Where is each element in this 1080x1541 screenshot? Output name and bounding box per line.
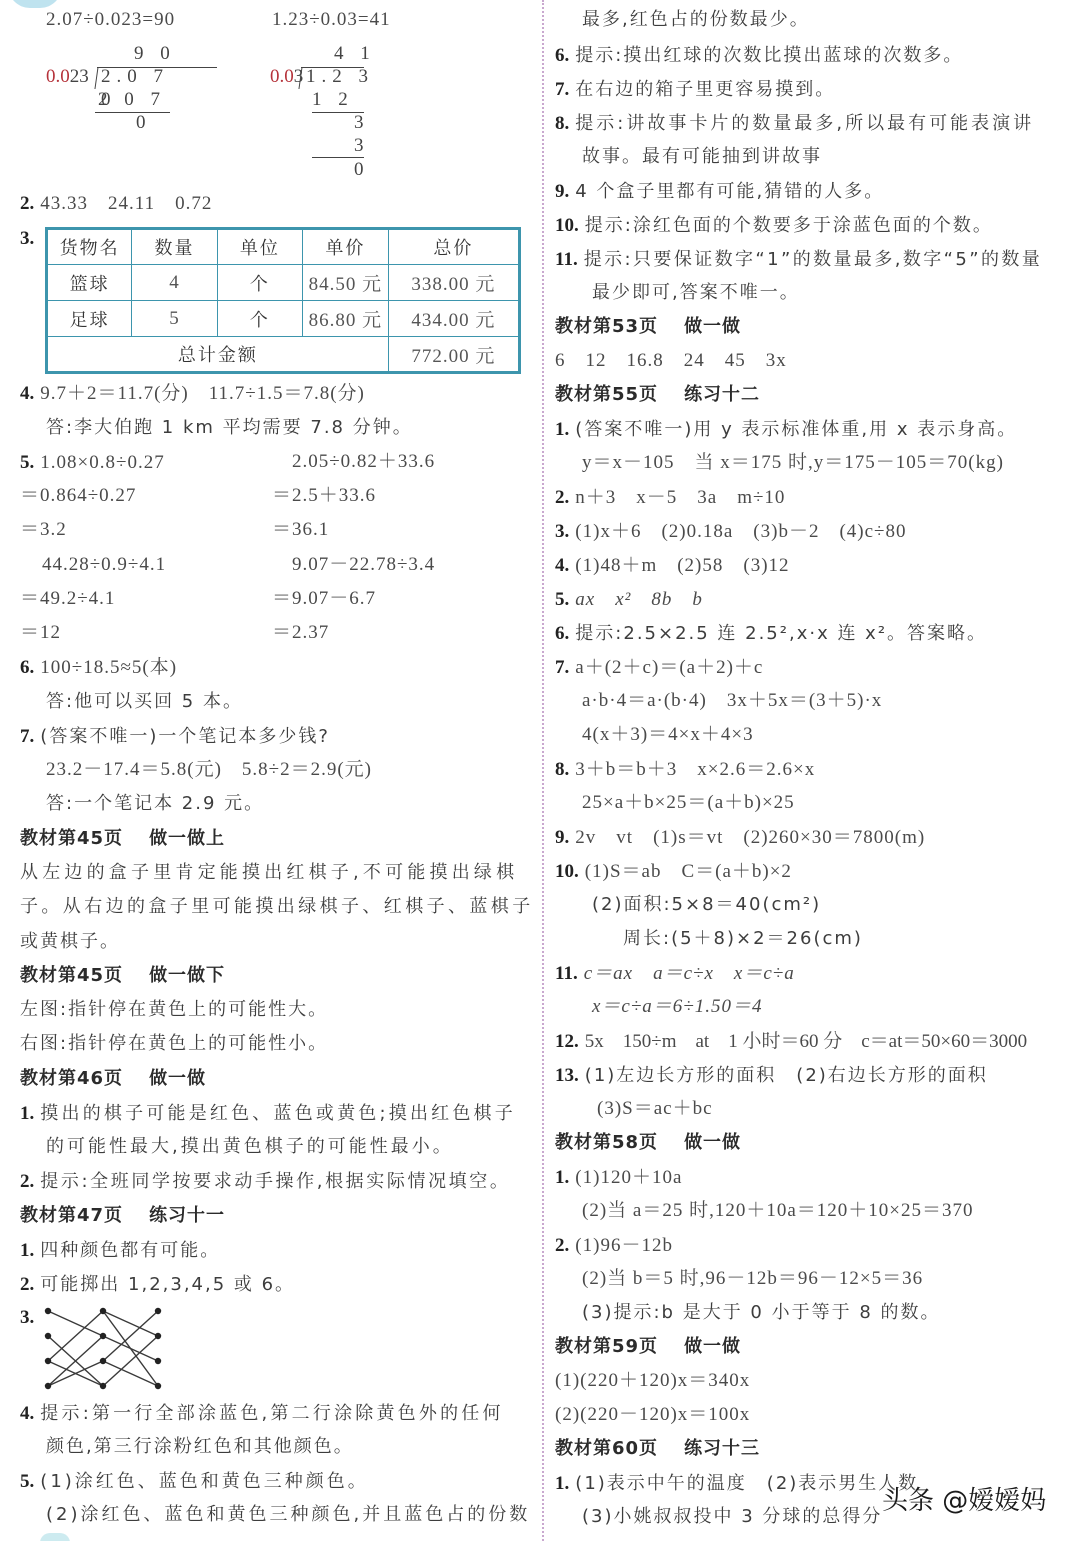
- quotient: 9 0: [134, 42, 176, 65]
- answer-line: (3)小姚叔叔投中 3 分球的总得分: [582, 1505, 882, 1529]
- list-item: 3. (1)x＋6 (2)0.18a (3)b－2 (4)c÷80: [555, 519, 906, 543]
- dividend: 1.2 3: [306, 65, 374, 88]
- list-item: 8. 提示:讲故事卡片的数量最多,所以最有可能表演讲: [555, 111, 1034, 135]
- calc-step: ＝2.5＋33.6: [272, 484, 376, 508]
- table-header: 数量: [132, 229, 217, 265]
- table-header: 单价: [303, 229, 389, 265]
- question-2: 2. 43.33 24.11 0.72: [20, 191, 212, 215]
- list-item: 1. (1)120＋10a: [555, 1165, 682, 1189]
- divisor: 0.023: [46, 65, 89, 88]
- watermark: 头条 @嫒嫒妈: [882, 1480, 1046, 1517]
- list-item: 7. a＋(2＋c)＝(a＋2)＋c: [555, 655, 763, 679]
- list-item: 11. 提示:只要保证数字“1”的数量最多,数字“5”的数量: [555, 247, 1042, 271]
- remainder: 0: [354, 158, 370, 181]
- paragraph-line: 的可能性最大,摸出黄色棋子的可能性最小。: [46, 1135, 454, 1159]
- division-equation-1: 2.07÷0.023=90: [46, 8, 175, 32]
- question-7-answer: 答:一个笔记本 2.9 元。: [46, 792, 264, 816]
- list-item: 5. (1)涂红色、蓝色和黄色三种颜色。: [20, 1469, 369, 1493]
- calc-step: ＝0.864÷0.27: [20, 484, 136, 508]
- answer-line: 25×a＋b×25＝(a＋b)×25: [582, 791, 795, 815]
- list-item: 4. (1)48＋m (2)58 (3)12: [555, 553, 790, 577]
- list-item: 1. (1)表示中午的温度 (2)表示男生人数: [555, 1471, 918, 1495]
- subtraction-bar: [95, 112, 170, 113]
- list-item: 2. n＋3 x－5 3a m÷10: [555, 485, 785, 509]
- section-heading-p59: 教材第59页做一做: [555, 1335, 741, 1359]
- table-header: 总价: [388, 229, 519, 265]
- section-heading-p60: 教材第60页练习十三: [555, 1437, 760, 1461]
- paragraph-line: 子。从右边的盒子里可能摸出绿棋子、红棋子、蓝棋子: [20, 895, 534, 919]
- calc-step: ＝9.07－6.7: [272, 587, 376, 611]
- list-item: 5. ax x² 8b b: [555, 587, 703, 611]
- list-item: 9. 4 个盒子里都有可能,猜错的人多。: [555, 179, 884, 203]
- answer-line: (2)(220－120)x＝100x: [555, 1403, 750, 1427]
- answer-line: (2)当 a＝25 时,120＋10a＝120＋10×25＝370: [582, 1199, 974, 1223]
- table-cell: 84.50 元: [303, 265, 389, 301]
- list-item: 1. (答案不唯一)用 y 表示标准体重,用 x 表示身高。: [555, 417, 1017, 441]
- table-cell: 434.00 元: [388, 301, 519, 337]
- matching-lines-diagram: [40, 1304, 170, 1396]
- question-6: 6. 100÷18.5≈5(本): [20, 655, 177, 679]
- list-item: 7. 在右边的箱子里更容易摸到。: [555, 77, 835, 101]
- quotient: 4 1: [334, 42, 376, 65]
- list-item: 10. 提示:涂红色面的个数要多于涂蓝色面的个数。: [555, 213, 993, 237]
- calc-step: ＝36.1: [272, 518, 329, 542]
- answer-line: (3)提示:b 是大于 0 小于等于 8 的数。: [582, 1301, 941, 1325]
- answer-line: (1)(220＋120)x＝340x: [555, 1369, 750, 1393]
- long-division-2: 4 1 0.03 1.2 3 1 2 3 3 0: [270, 42, 380, 182]
- list-item: 4. 提示:第一行全部涂蓝色,第二行涂除黄色外的任何: [20, 1401, 504, 1425]
- section-heading-p53: 教材第53页做一做: [555, 315, 741, 339]
- partial-product: 3: [354, 134, 370, 157]
- section-heading-p45-upper: 教材第45页做一做上: [20, 827, 225, 851]
- table-row: 足球 5 个 86.80 元 434.00 元: [47, 301, 520, 337]
- paragraph-line: 右图:指针停在黄色上的可能性小。: [20, 1032, 328, 1056]
- list-item: 6. 提示:2.5×2.5 连 2.5²,x·x 连 x²。答案略。: [555, 621, 987, 645]
- question-7: 7. (答案不唯一)一个笔记本多少钱?: [20, 724, 330, 748]
- paragraph-line: 颜色,第三行涂粉红色和其他颜色。: [46, 1435, 354, 1459]
- paragraph-line: (2)涂红色、蓝色和黄色三种颜色,并且蓝色占的份数: [46, 1503, 530, 1527]
- list-item: 6. 提示:摸出红球的次数比摸出蓝球的次数多。: [555, 43, 963, 67]
- table-cell: 338.00 元: [388, 265, 519, 301]
- partial-product: 2 0 7: [98, 88, 166, 111]
- table-header: 货物名: [47, 229, 132, 265]
- long-division-1: 9 0 0.023 2.0 7 0 2 0 7 0: [46, 42, 186, 142]
- answer-line: 6 12 16.8 24 45 3x: [555, 349, 787, 373]
- table-cell: 足球: [47, 301, 132, 337]
- paragraph-line: 最少即可,答案不唯一。: [592, 281, 800, 305]
- table-total-row: 总计金额 772.00 元: [47, 337, 520, 373]
- table-cell: 4: [132, 265, 217, 301]
- divisor: 0.03: [270, 65, 303, 88]
- list-item: 13. (1)左边长方形的面积 (2)右边长方形的面积: [555, 1063, 988, 1087]
- table-cell: 个: [217, 265, 302, 301]
- answer-line: (3)S＝ac＋bc: [597, 1097, 713, 1121]
- total-label: 总计金额: [47, 337, 389, 373]
- answer-line: (2)面积:5×8＝40(cm²): [592, 893, 821, 917]
- paragraph-line: 故事。最有可能抽到讲故事: [582, 145, 822, 169]
- answer-line: (2)当 b＝5 时,96－12b＝96－12×5＝36: [582, 1267, 923, 1291]
- table-header-row: 货物名 数量 单位 单价 总价: [47, 229, 520, 265]
- calc-step: ＝2.37: [272, 621, 329, 645]
- page-corner-decoration-bottom: [40, 1533, 70, 1541]
- division-bracket: [94, 67, 98, 89]
- table-row: 篮球 4 个 84.50 元 338.00 元: [47, 265, 520, 301]
- section-heading-p55: 教材第55页练习十二: [555, 383, 760, 407]
- section-heading-p46: 教材第46页做一做: [20, 1067, 206, 1091]
- page-corner-decoration: [8, 0, 62, 8]
- paragraph-line: 最多,红色占的份数最少。: [582, 8, 810, 32]
- table-cell: 86.80 元: [303, 301, 389, 337]
- table-header: 单位: [217, 229, 302, 265]
- calc-step: ＝3.2: [20, 518, 67, 542]
- calc-step: 44.28÷0.9÷4.1: [42, 553, 166, 577]
- list-item: 11. c＝ax a＝c÷x x＝c÷a: [555, 961, 795, 985]
- partial-remainder: 3: [354, 111, 370, 134]
- calc-step: 9.07－22.78÷3.4: [292, 553, 435, 577]
- section-heading-p58: 教材第58页做一做: [555, 1131, 741, 1155]
- calc-step: ＝49.2÷4.1: [20, 587, 115, 611]
- column-divider: [542, 0, 544, 1541]
- answer-line: 4(x＋3)＝4×x＋4×3: [582, 723, 754, 747]
- list-item: 9. 2v vt (1)s＝vt (2)260×30＝7800(m): [555, 825, 925, 849]
- paragraph-line: 从左边的盒子里肯定能摸出红棋子,不可能摸出绿棋: [20, 861, 518, 885]
- calc-step: 2.05÷0.82＋33.6: [292, 450, 435, 474]
- answer-line: 周长:(5＋8)×2＝26(cm): [623, 927, 863, 951]
- table-cell: 5: [132, 301, 217, 337]
- division-equation-2: 1.23÷0.03=41: [272, 8, 391, 32]
- answer-line: x＝c÷a＝6÷1.50＝4: [592, 995, 762, 1019]
- paragraph-line: 或黄棋子。: [20, 930, 120, 954]
- calc-step: ＝12: [20, 621, 61, 645]
- question-6-answer: 答:他可以买回 5 本。: [46, 690, 243, 714]
- list-item: 10. (1)S＝ab C＝(a＋b)×2: [555, 859, 792, 883]
- section-heading-p47: 教材第47页练习十一: [20, 1204, 225, 1228]
- question-4: 4. 9.7＋2＝11.7(分) 11.7÷1.5＝7.8(分): [20, 381, 365, 405]
- question-4-answer: 答:李大伯跑 1 km 平均需要 7.8 分钟。: [46, 416, 413, 440]
- list-item: 1. 摸出的棋子可能是红色、蓝色或黄色;摸出红色棋子: [20, 1101, 516, 1125]
- list-item: 2. 可能掷出 1,2,3,4,5 或 6。: [20, 1272, 295, 1296]
- table-cell: 个: [217, 301, 302, 337]
- table-cell: 篮球: [47, 265, 132, 301]
- list-item: 12. 5x 150÷m at 1 小时＝60 分 c＝at＝50×60＝300…: [555, 1029, 1027, 1053]
- question-3-number: 3.: [20, 227, 34, 251]
- list-item: 2. 提示:全班同学按要求动手操作,根据实际情况填空。: [20, 1169, 510, 1193]
- total-value: 772.00 元: [388, 337, 519, 373]
- answer-line: y＝x－105 当 x＝175 时,y＝175－105＝70(kg): [582, 451, 1004, 475]
- list-item: 1. 四种颜色都有可能。: [20, 1238, 220, 1262]
- remainder: 0: [136, 111, 152, 134]
- list-item: 8. 3＋b＝b＋3 x×2.6＝2.6×x: [555, 757, 815, 781]
- calc-step: 23.2－17.4＝5.8(元) 5.8÷2＝2.9(元): [46, 758, 372, 782]
- list-item: 2. (1)96－12b: [555, 1233, 673, 1257]
- goods-table: 货物名 数量 单位 单价 总价 篮球 4 个 84.50 元 338.00 元 …: [45, 227, 521, 374]
- list-item-number: 3.: [20, 1306, 34, 1330]
- paragraph-line: 左图:指针停在黄色上的可能性大。: [20, 998, 328, 1022]
- partial-product: 1 2: [312, 88, 354, 111]
- answer-line: a·b·4＝a·(b·4) 3x＋5x＝(3＋5)·x: [582, 689, 882, 713]
- section-heading-p45-lower: 教材第45页做一做下: [20, 964, 225, 988]
- question-5: 5. 1.08×0.8÷0.27: [20, 450, 165, 474]
